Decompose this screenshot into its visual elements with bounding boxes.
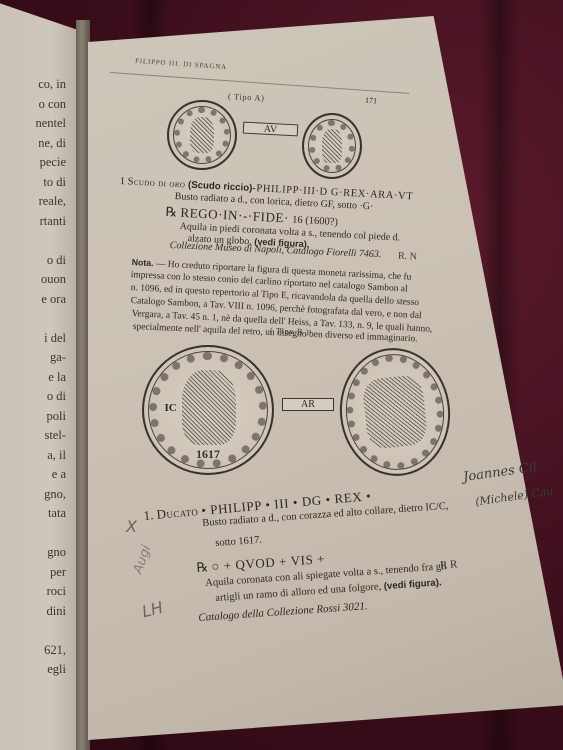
tipo-b-label: ( Tipo B ): [270, 325, 310, 336]
left-page-line: dini: [0, 602, 66, 622]
entry-number: 1.: [143, 507, 154, 523]
left-page-line: poli: [0, 407, 66, 427]
left-page-line: e la: [0, 368, 66, 388]
left-page-line: ne, di: [0, 134, 66, 154]
left-page-line: i del: [0, 329, 66, 349]
eagle-engraving: [362, 374, 428, 449]
left-page-line: reale,: [0, 192, 66, 212]
left-page-line: ga-: [0, 348, 66, 368]
eagle-engraving: [322, 129, 342, 164]
left-page-line: o di: [0, 387, 66, 407]
coin-side-letters: IC: [164, 402, 176, 414]
book-spine: [76, 20, 90, 750]
pencil-x-mark: X: [126, 517, 137, 536]
left-page-line: egli: [0, 660, 66, 680]
left-page-line: gno,: [0, 485, 66, 505]
reverse-symbol: ℞: [165, 204, 177, 220]
left-page-line: e ora: [0, 290, 66, 310]
left-page-line: gno: [0, 543, 66, 563]
left-page-line: stel-: [0, 426, 66, 446]
bust-engraving: [182, 370, 236, 446]
tipo-b-rarity: R R: [440, 558, 458, 571]
coin-tipo-b-obverse: IC 1617: [142, 345, 274, 475]
coin-tipo-a-reverse: [302, 113, 362, 179]
left-page-line: [0, 524, 66, 544]
coin-date: 1617: [144, 447, 272, 462]
left-page-line: co, in: [0, 75, 66, 95]
left-page-line: roci: [0, 582, 66, 602]
left-page-line: o di: [0, 251, 66, 271]
left-page-line: o con: [0, 95, 66, 115]
left-page-line: [0, 309, 66, 329]
metal-box-tipo-b: AR: [282, 398, 334, 411]
bust-engraving: [190, 117, 214, 154]
left-page-line: [0, 621, 66, 641]
page-number: 171: [365, 96, 378, 106]
entry-number: 1: [119, 176, 125, 187]
left-page-line: [0, 231, 66, 251]
left-page-line: pecie: [0, 153, 66, 173]
left-page-line: 621,: [0, 641, 66, 661]
left-page: co, ino connentelne, dipecieto direale,r…: [0, 0, 78, 750]
reverse-symbol: ℞: [196, 559, 209, 575]
left-page-line: ouon: [0, 270, 66, 290]
left-page-line: nentel: [0, 114, 66, 134]
reverse-date: 16 (1600?): [292, 215, 338, 228]
nota-label: Nota.: [131, 257, 153, 268]
left-page-line: e a: [0, 465, 66, 485]
coin-tipo-a-obverse: [167, 100, 237, 170]
tipo-a-label: ( Tipo A): [228, 91, 265, 103]
left-page-line: per: [0, 563, 66, 583]
left-page-text: co, ino connentelne, dipecieto direale,r…: [0, 75, 66, 680]
left-page-line: to di: [0, 173, 66, 193]
left-page-line: tata: [0, 504, 66, 524]
entry-title: Ducato: [156, 503, 199, 522]
tipo-a-rarity: R. N: [398, 251, 417, 263]
left-page-line: rtanti: [0, 212, 66, 232]
left-page-line: a, il: [0, 446, 66, 466]
